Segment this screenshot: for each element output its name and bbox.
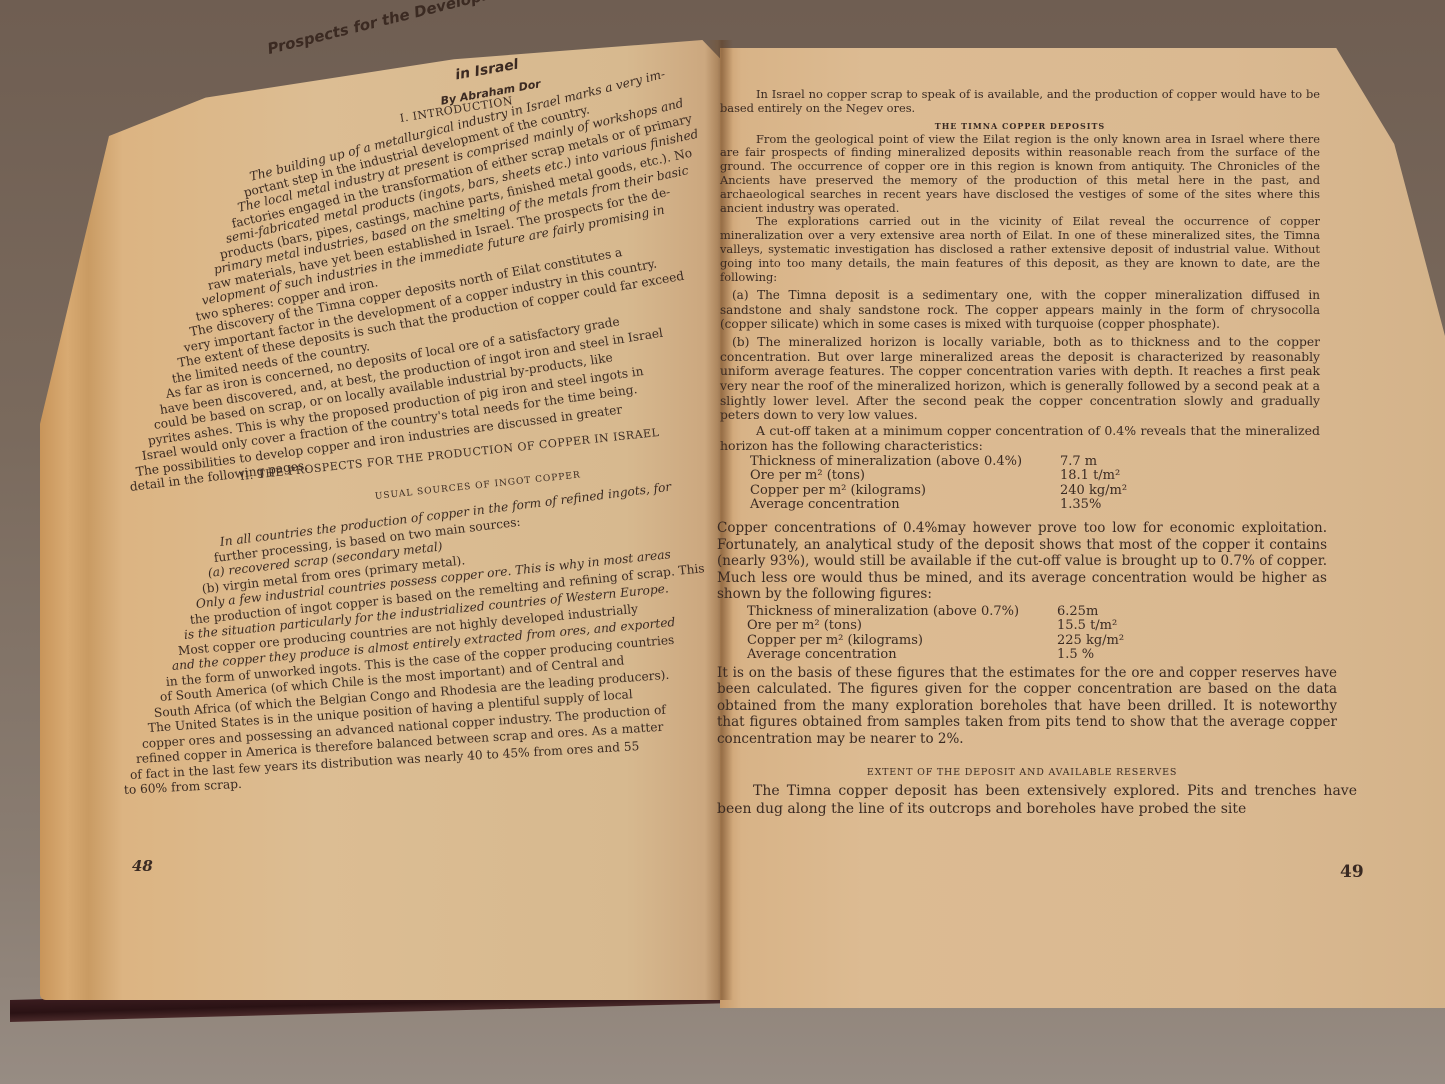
figure-value: 7.7 m: [1060, 455, 1127, 470]
page-number-left: 48: [132, 857, 153, 875]
figure-value: 15.5 t/m²: [1057, 619, 1124, 634]
paragraph-feature-a: (a) The Timna deposit is a sedimentary o…: [720, 288, 1320, 331]
figure-value: 240 kg/m²: [1060, 484, 1127, 499]
figure-row: Average concentration1.5 %: [747, 648, 1124, 663]
figure-value: 1.5 %: [1057, 648, 1124, 663]
section-heading-extent: EXTENT OF THE DEPOSIT AND AVAILABLE RESE…: [717, 767, 1327, 778]
figure-row: Copper per m² (kilograms)225 kg/m²: [747, 634, 1124, 649]
paragraph-explorations: The explorations carried out in the vici…: [720, 215, 1320, 284]
figure-row: Thickness of mineralization (above 0.4%)…: [750, 455, 1127, 470]
figure-row: Ore per m² (tons)18.1 t/m²: [750, 469, 1127, 484]
paragraph-feature-b: (b) The mineralized horizon is locally v…: [720, 335, 1320, 423]
figure-label: Copper per m² (kilograms): [750, 484, 1060, 499]
figures-table-cutoff-0-4: Thickness of mineralization (above 0.4%)…: [750, 455, 1127, 513]
figure-row: Average concentration1.35%: [750, 498, 1127, 513]
paragraph-extent: The Timna copper deposit has been extens…: [717, 782, 1357, 818]
right-page-text: In Israel no copper scrap to speak of is…: [720, 88, 1320, 515]
figure-value: 225 kg/m²: [1057, 634, 1124, 649]
paragraph-cutoff: A cut-off taken at a minimum copper conc…: [720, 423, 1320, 453]
figure-value: 6.25m: [1057, 605, 1124, 620]
figure-label: Ore per m² (tons): [750, 469, 1060, 484]
paragraph-geology: From the geological point of view the Ei…: [720, 133, 1320, 216]
paragraph-economic: Copper concentrations of 0.4%may however…: [717, 520, 1327, 603]
figure-label: Thickness of mineralization (above 0.4%): [750, 455, 1060, 470]
right-page-text-lower: Copper concentrations of 0.4%may however…: [717, 520, 1327, 818]
figure-label: Average concentration: [750, 498, 1060, 513]
paragraph-estimates: It is on the basis of these figures that…: [717, 665, 1337, 748]
figure-value: 18.1 t/m²: [1060, 469, 1127, 484]
page-number-right: 49: [1340, 862, 1364, 882]
figure-label: Copper per m² (kilograms): [747, 634, 1057, 649]
figure-value: 1.35%: [1060, 498, 1127, 513]
section-heading-timna: THE TIMNA COPPER DEPOSITS: [720, 121, 1320, 131]
figure-label: Average concentration: [747, 648, 1057, 663]
paragraph-intro: In Israel no copper scrap to speak of is…: [720, 88, 1320, 116]
figure-row: Ore per m² (tons)15.5 t/m²: [747, 619, 1124, 634]
figures-table-cutoff-0-7: Thickness of mineralization (above 0.7%)…: [747, 605, 1124, 663]
figure-row: Thickness of mineralization (above 0.7%)…: [747, 605, 1124, 620]
figure-label: Ore per m² (tons): [747, 619, 1057, 634]
figure-label: Thickness of mineralization (above 0.7%): [747, 605, 1057, 620]
figure-row: Copper per m² (kilograms)240 kg/m²: [750, 484, 1127, 499]
